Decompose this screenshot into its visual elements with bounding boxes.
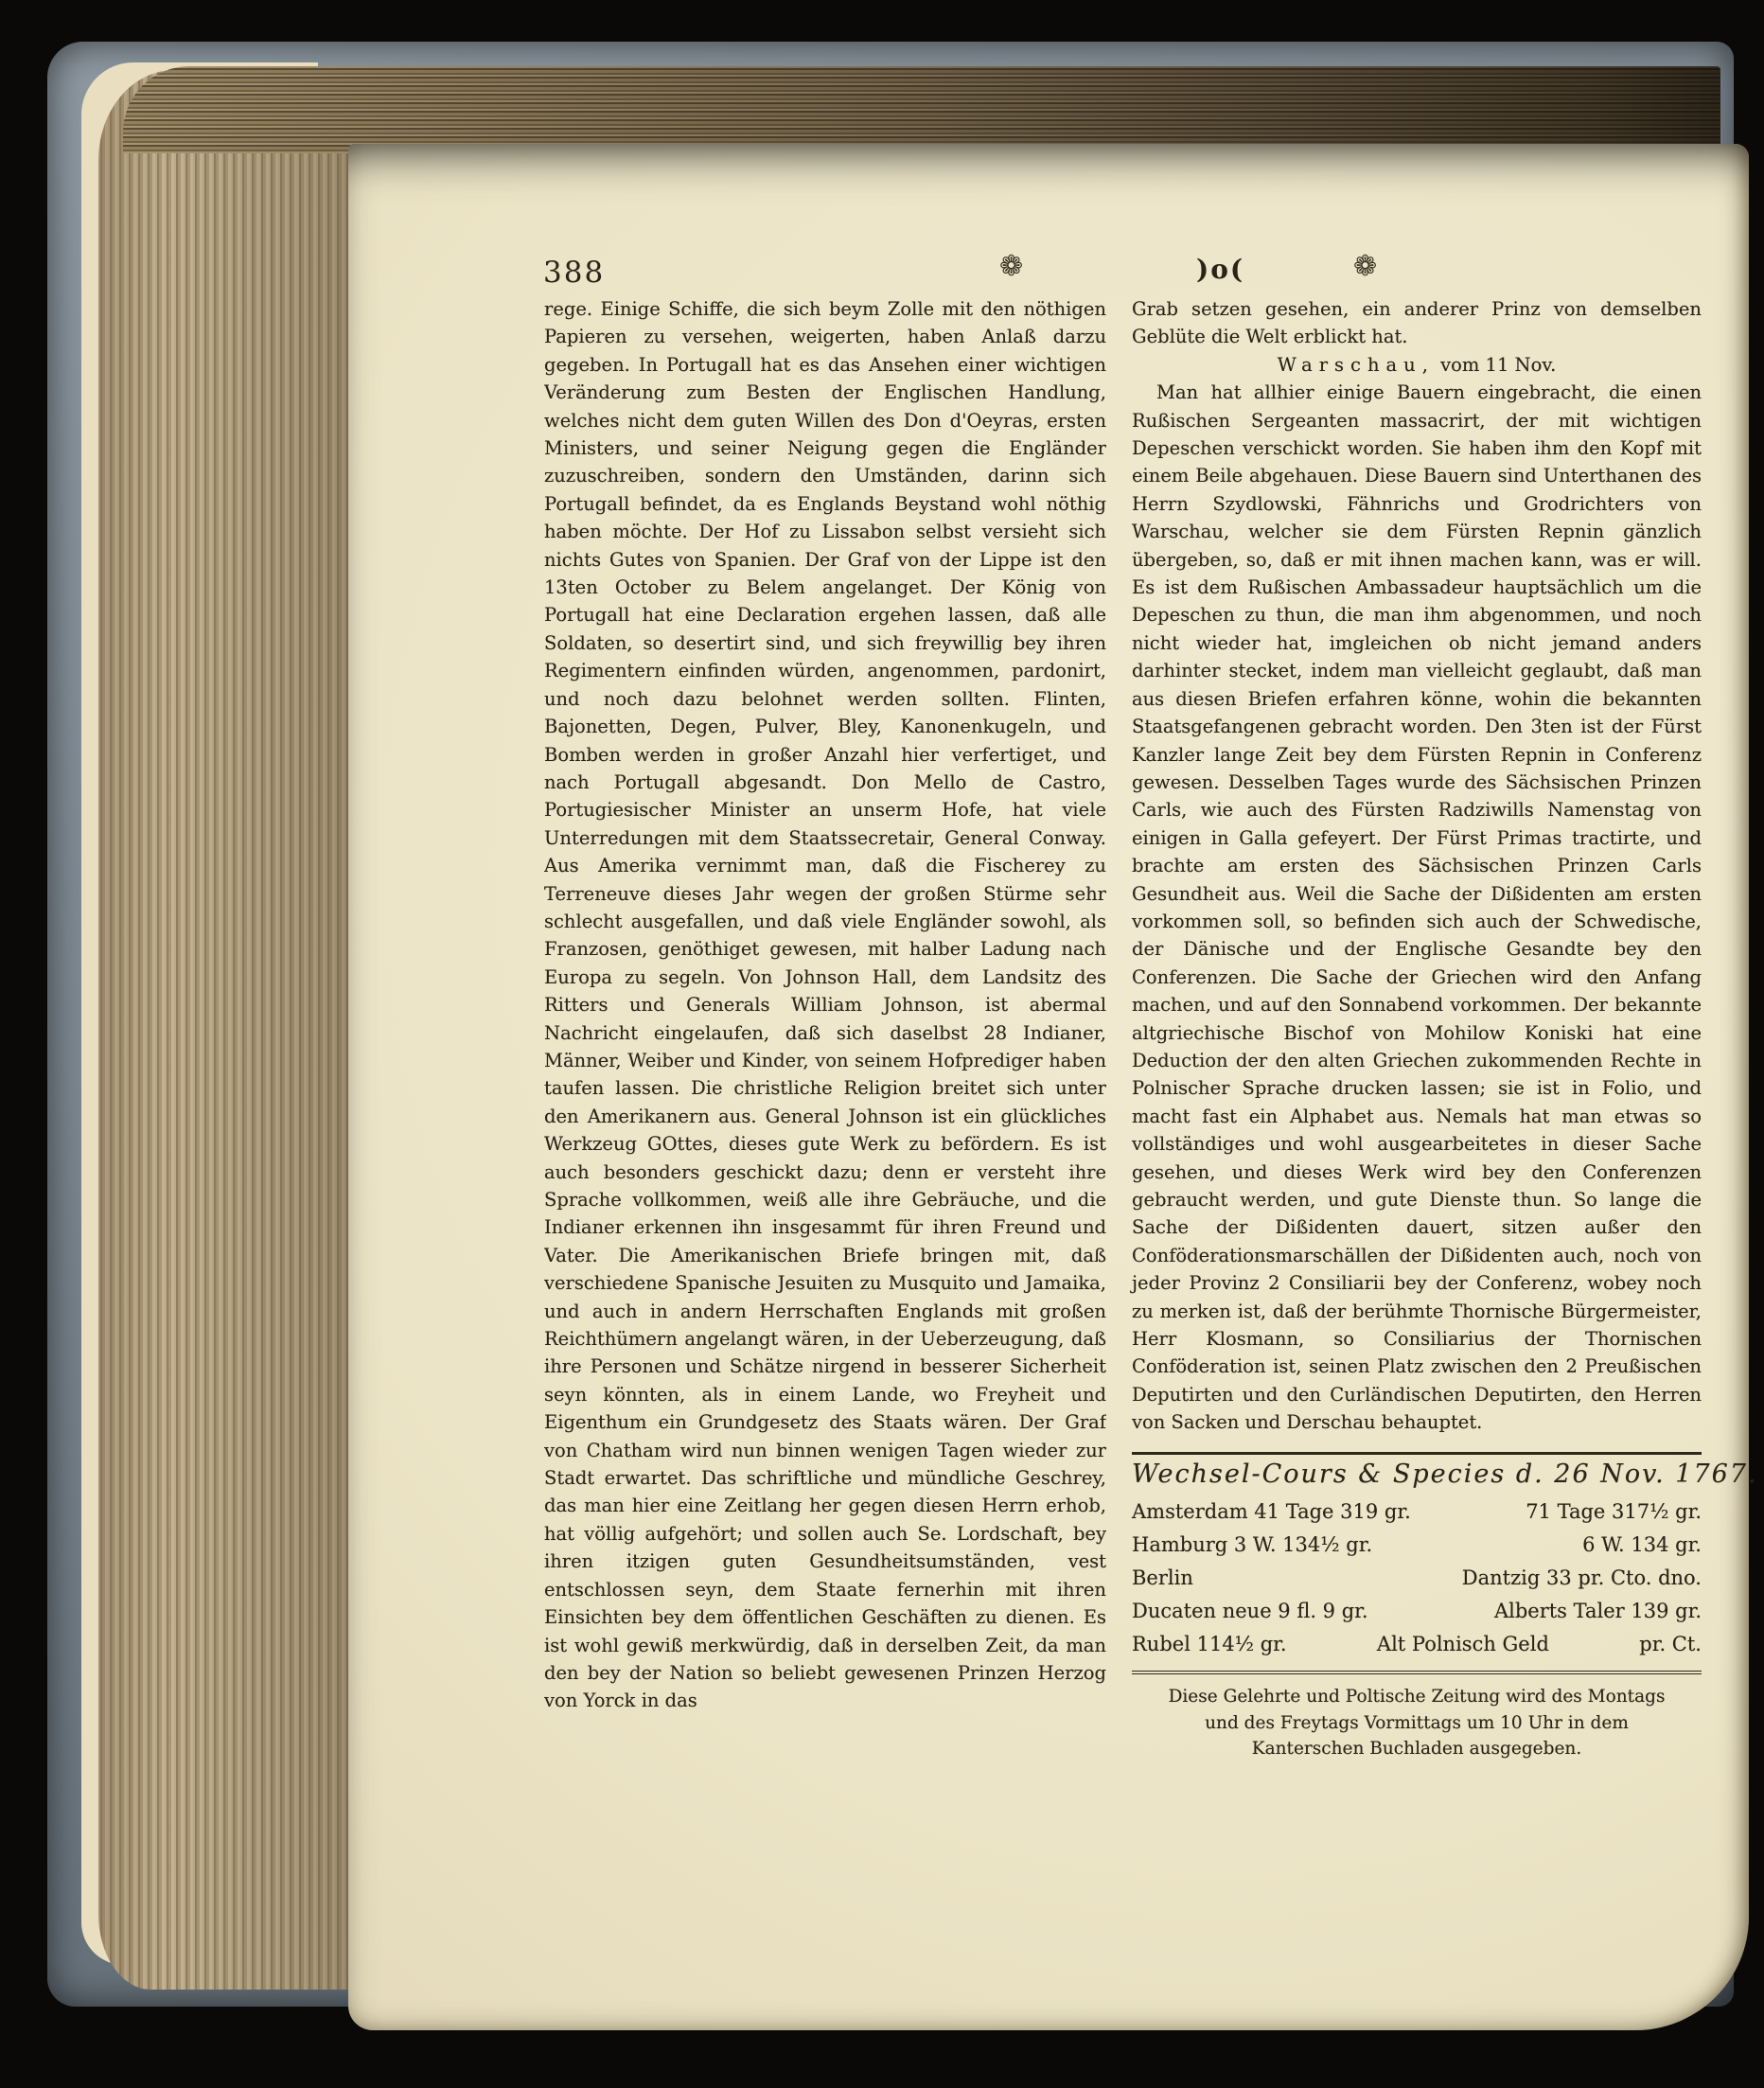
text-column-right: Grab setzen gesehen, ein anderer Prinz v… xyxy=(1132,295,1702,1762)
table-row: Rubel 114½ gr. Alt Polnisch Geld pr. Ct. xyxy=(1132,1628,1702,1661)
exchange-table-title: Wechsel-Cours & Species d. 26 Nov. 1767. xyxy=(1132,1460,1702,1488)
text-column-left: rege. Einige Schiffe, die sich beym Zoll… xyxy=(544,295,1106,1708)
publisher-imprint: Diese Gelehrte und Poltische Zeitung wir… xyxy=(1132,1684,1702,1762)
page-number: 388 xyxy=(543,256,605,290)
imprint-line: und des Freytags Vormittags um 10 Uhr in… xyxy=(1132,1710,1702,1737)
dateline-heading: Warschau, vom 11 Nov. xyxy=(1132,351,1702,379)
table-cell: pr. Ct. xyxy=(1639,1628,1702,1661)
table-cell: Ducaten neue 9 fl. 9 gr. xyxy=(1132,1595,1368,1628)
table-cell: Berlin xyxy=(1132,1562,1193,1595)
printers-ornament-icon: ❁ xyxy=(1353,250,1377,283)
page-edges-top xyxy=(123,66,1720,153)
separator-rule xyxy=(1132,1671,1702,1674)
table-row: Ducaten neue 9 fl. 9 gr. Alberts Taler 1… xyxy=(1132,1595,1702,1628)
table-cell: Dantzig 33 pr. Cto. dno. xyxy=(1462,1562,1702,1595)
table-cell: 71 Tage 317½ gr. xyxy=(1526,1495,1702,1529)
book-page: 388 ❁ )o( ❁ rege. Einige Schiffe, die si… xyxy=(348,144,1749,2030)
imprint-line: Diese Gelehrte und Poltische Zeitung wir… xyxy=(1132,1684,1702,1710)
left-column-paragraph: rege. Einige Schiffe, die sich beym Zoll… xyxy=(544,295,1106,1708)
table-cell: Alt Polnisch Geld xyxy=(1377,1628,1549,1661)
right-column-paragraph: Man hat allhier einige Bauern eingebrach… xyxy=(1132,379,1702,1436)
table-cell: Hamburg 3 W. 134½ gr. xyxy=(1132,1529,1372,1562)
table-cell: Alberts Taler 139 gr. xyxy=(1494,1595,1702,1628)
table-row: Hamburg 3 W. 134½ gr. 6 W. 134 gr. xyxy=(1132,1529,1702,1562)
printers-ornament-icon: ❁ xyxy=(999,250,1023,283)
dateline-city: Warschau, xyxy=(1278,354,1435,376)
right-column-paragraph-continuation: Grab setzen gesehen, ein anderer Prinz v… xyxy=(1132,295,1702,351)
separator-rule xyxy=(1132,1452,1702,1455)
page-edges-fore-edge xyxy=(98,70,375,1990)
table-row: Berlin Dantzig 33 pr. Cto. dno. xyxy=(1132,1562,1702,1595)
signature-mark: )o( xyxy=(1196,254,1244,285)
exchange-rate-table: Wechsel-Cours & Species d. 26 Nov. 1767.… xyxy=(1132,1460,1702,1661)
table-cell: 6 W. 134 gr. xyxy=(1582,1529,1702,1562)
book-photo: 388 ❁ )o( ❁ rege. Einige Schiffe, die si… xyxy=(0,0,1764,2088)
table-cell: Amsterdam 41 Tage 319 gr. xyxy=(1132,1495,1411,1529)
table-row: Amsterdam 41 Tage 319 gr. 71 Tage 317½ g… xyxy=(1132,1495,1702,1529)
table-cell: Rubel 114½ gr. xyxy=(1132,1628,1287,1661)
imprint-line: Kanterschen Buchladen ausgegeben. xyxy=(1132,1736,1702,1762)
dateline-date: vom 11 Nov. xyxy=(1435,354,1556,376)
